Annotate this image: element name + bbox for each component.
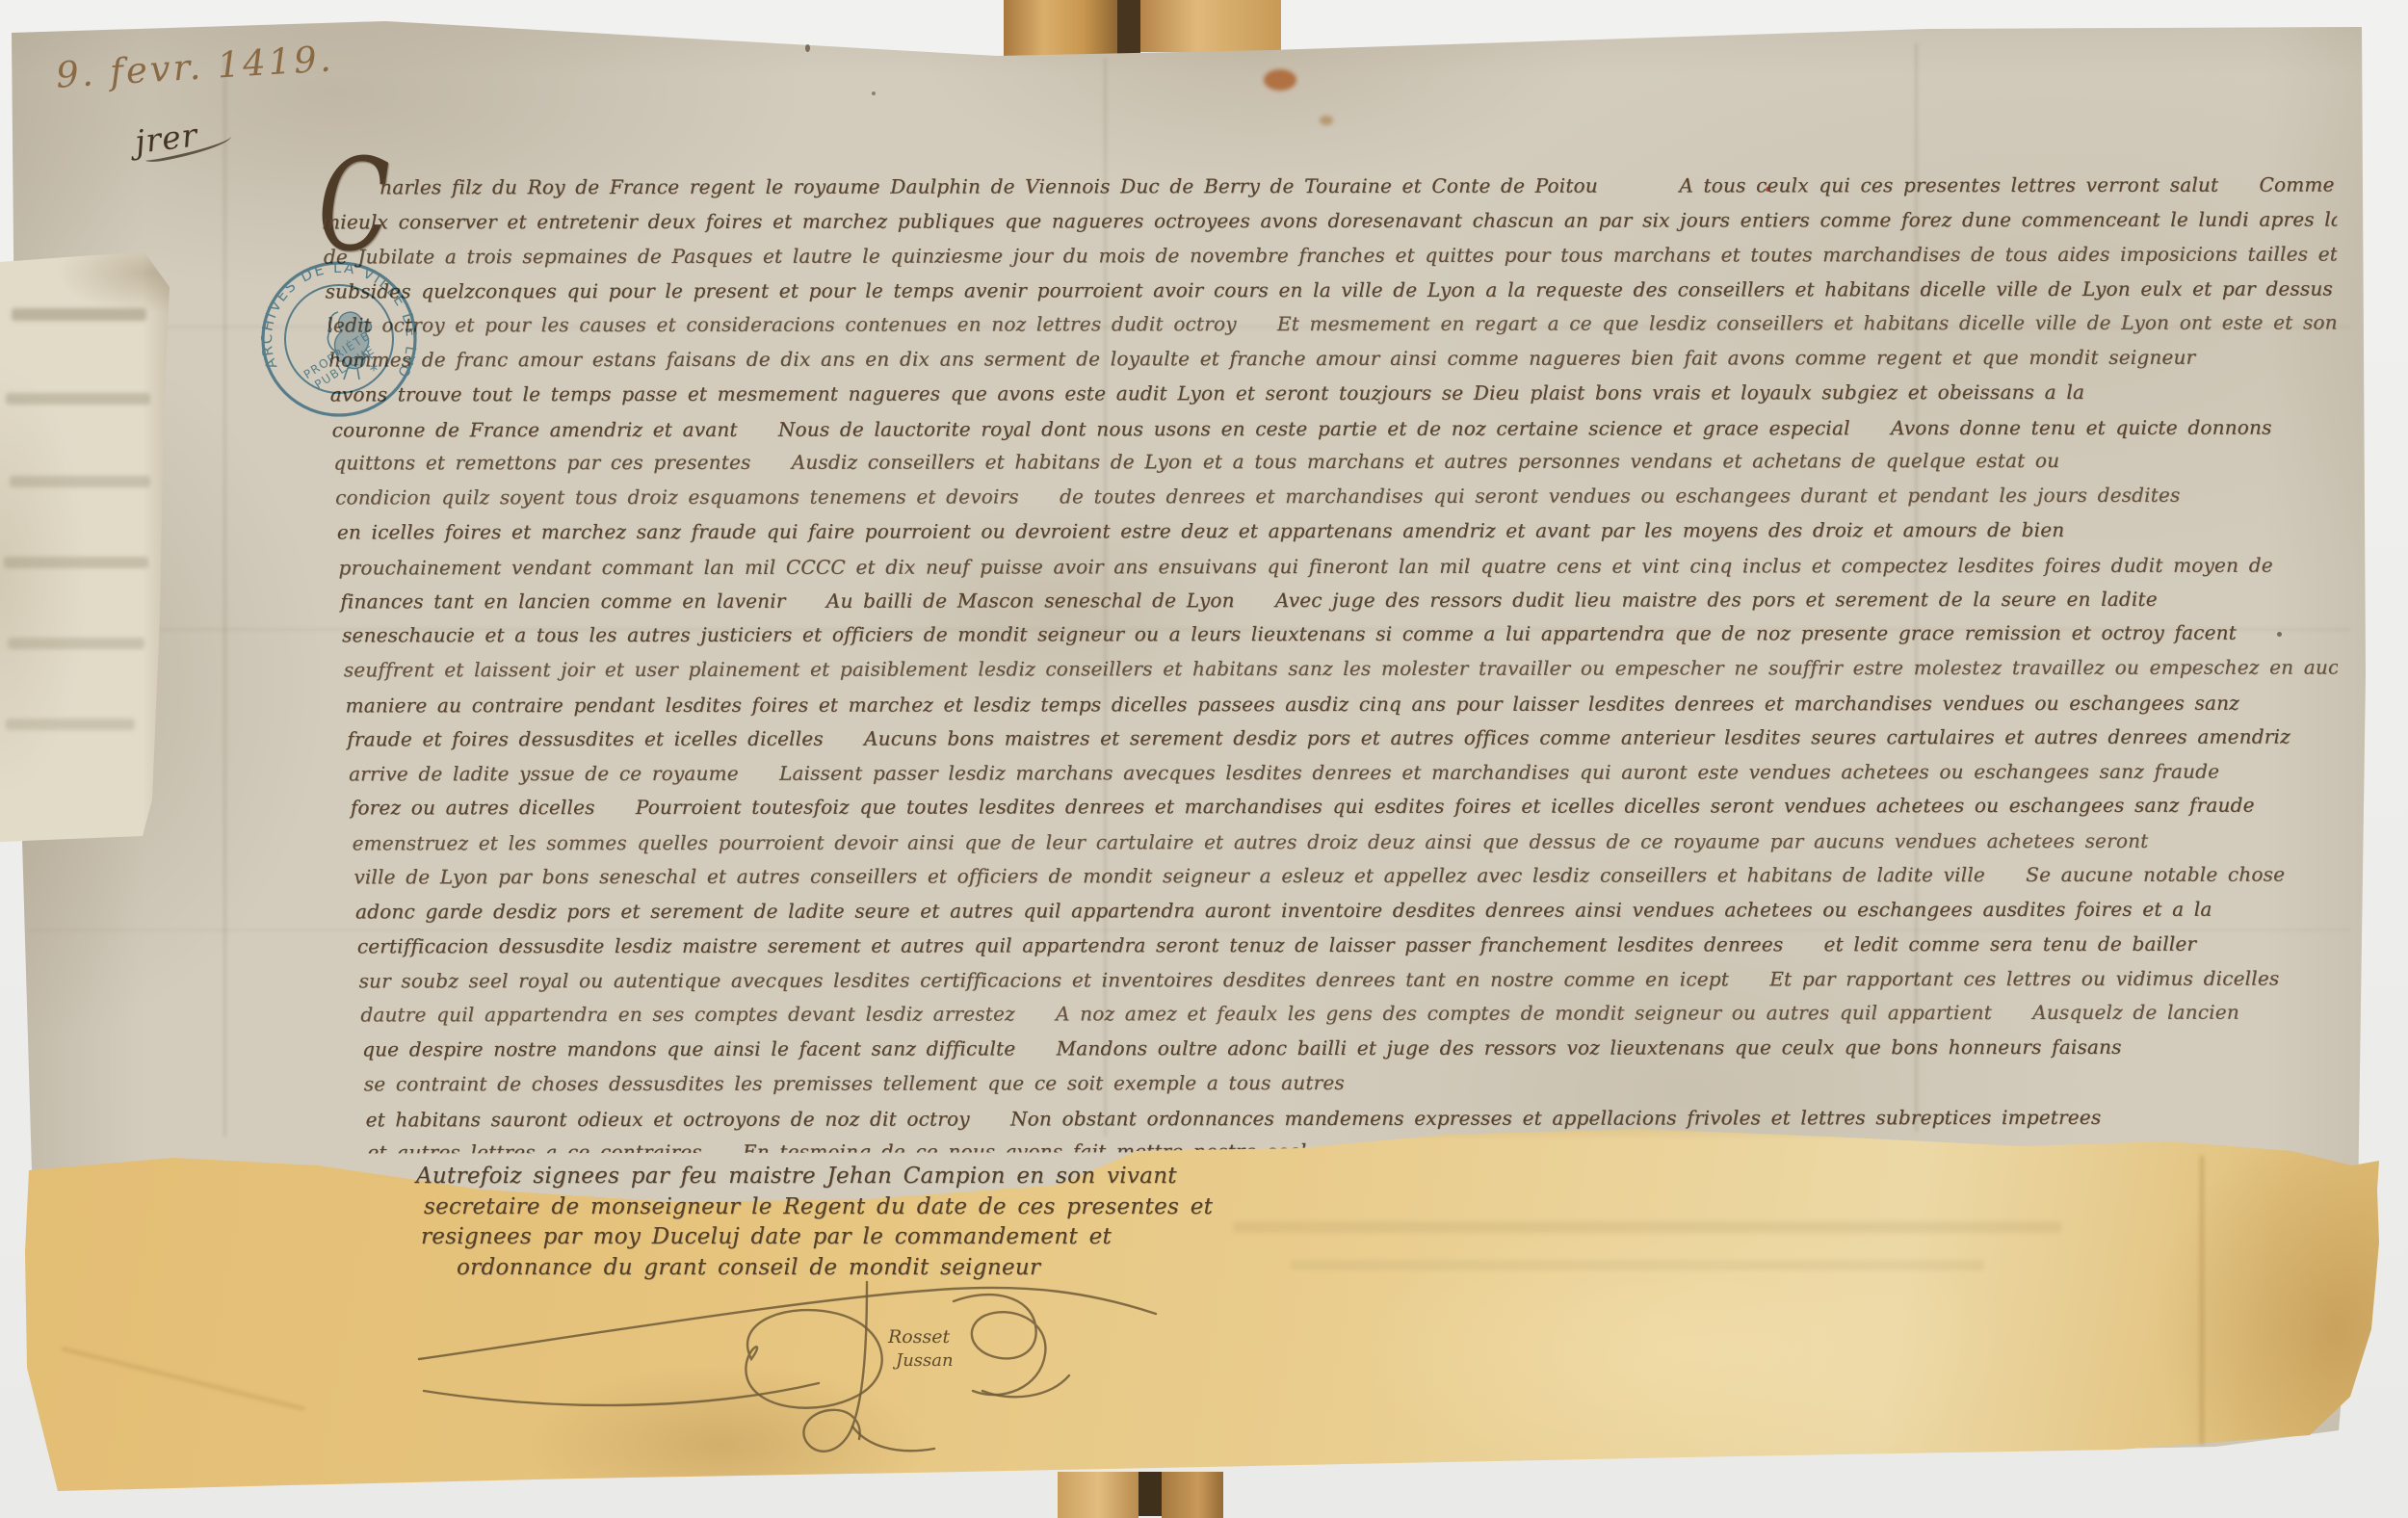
showthrough-text	[10, 476, 150, 487]
wooden-rod-top-left	[1004, 0, 1117, 58]
showthrough-text	[12, 308, 146, 321]
manuscript-body: harles filz du Roy de France regent le r…	[320, 169, 2338, 1154]
manuscript-line: maniere au contraire pendant lesdites fo…	[321, 686, 2338, 723]
chancery-note-line: resignees par moy Duceluj date par le co…	[416, 1222, 1090, 1253]
manuscript-line: forez ou autres dicelles Pourroient tout…	[321, 789, 2338, 826]
plica-crease	[2200, 1156, 2204, 1445]
showthrough-text	[1291, 1260, 1984, 1270]
manuscript-line: et habitans sauront odieux et octroyons …	[322, 1100, 2339, 1138]
showthrough-text	[4, 557, 148, 568]
ink-speck	[872, 92, 876, 95]
archive-stamp: ARCHIVES DE LA VILLE DE LYON PROPRIÉTÉ P…	[256, 256, 422, 422]
wooden-rod-bottom-right	[1162, 1472, 1223, 1518]
manuscript-line: emenstruez et les sommes quelles pourroi…	[321, 824, 2338, 862]
parchment-fragment-left	[0, 249, 178, 851]
rod-shadow-gap-bottom	[1139, 1472, 1162, 1516]
manuscript-line: avons trouve tout le temps passe et mesm…	[321, 375, 2338, 412]
manuscript-line: fraude et foires dessusdites et icelles …	[321, 720, 2338, 757]
manuscript-line: quittons et remettons par ces presentes …	[321, 444, 2338, 482]
showthrough-text	[8, 638, 144, 649]
ink-speck	[805, 44, 810, 52]
manuscript-line: hommes de franc amour estans faisans de …	[321, 341, 2338, 379]
manuscript-line: harles filz du Roy de France regent le r…	[320, 169, 2337, 206]
vertical-crease	[223, 58, 226, 1137]
photograph-of-charter: 9. fevr. 1419. jrer C harles filz du Roy…	[0, 0, 2408, 1518]
wooden-rod-bottom-left	[1058, 1472, 1139, 1518]
manuscript-line: condicion quilz soyent tous droiz esquam…	[321, 479, 2338, 516]
manuscript-line: en icelles foires et marchez sanz fraude…	[321, 513, 2338, 551]
signature-name: Rosset	[887, 1326, 950, 1348]
manuscript-line: arrive de ladite yssue de ce royaume Lai…	[321, 754, 2338, 792]
chancery-note: Autrefoiz signees par feu maistre Jehan …	[416, 1162, 1090, 1283]
chancery-note-line: secretaire de monseigneur le Regent du d…	[416, 1192, 1090, 1223]
manuscript-line: ledit octroy et pour les causes et consi…	[320, 306, 2337, 344]
manuscript-line: seuffrent et laissent joir et user plain…	[321, 651, 2338, 689]
manuscript-line: prouchainement vendant commant lan mil C…	[321, 548, 2338, 586]
manuscript-line: que despire nostre mandons que ainsi le …	[322, 1030, 2339, 1067]
showthrough-text	[6, 719, 135, 730]
manuscript-line: de Jubilate a trois sepmaines de Pasques…	[320, 237, 2337, 275]
manuscript-line: subsides quelzconques qui pour le presen…	[320, 273, 2337, 310]
wooden-rod-top-right	[1140, 0, 1281, 52]
stamp-star: *	[370, 361, 378, 379]
rust-stain	[1264, 69, 1296, 91]
plica-fold	[0, 1117, 2408, 1503]
signature-name-2: Jussan	[892, 1350, 954, 1371]
manuscript-line: mieulx conserver et entretenir deux foir…	[320, 202, 2337, 240]
showthrough-text	[6, 393, 150, 405]
manuscript-line: adonc garde desdiz pors et serement de l…	[321, 892, 2338, 929]
rod-shadow-gap-top	[1117, 0, 1140, 56]
manuscript-line: sur soubz seel royal ou autentique avecq…	[321, 962, 2338, 1000]
manuscript-line: seneschaucie et a tous les autres justic…	[321, 616, 2338, 654]
small-stain	[1320, 116, 1333, 125]
manuscript-line: couronne de France amendriz et avant Nou…	[321, 410, 2338, 448]
chancery-note-line: Autrefoiz signees par feu maistre Jehan …	[416, 1162, 1090, 1192]
manuscript-line: ville de Lyon par bons seneschal et autr…	[321, 857, 2338, 895]
manuscript-line: certifficacion dessusdite lesdiz maistre…	[321, 927, 2338, 964]
manuscript-line: se contraint de choses dessusdites les p…	[322, 1064, 2339, 1102]
manuscript-line: dautre quil appartendra en ses comptes d…	[321, 996, 2338, 1034]
showthrough-text	[1233, 1221, 2061, 1233]
signature-paraph: Rosset Jussan	[414, 1268, 1165, 1475]
manuscript-line: finances tant en lancien comme en laveni…	[321, 582, 2338, 619]
